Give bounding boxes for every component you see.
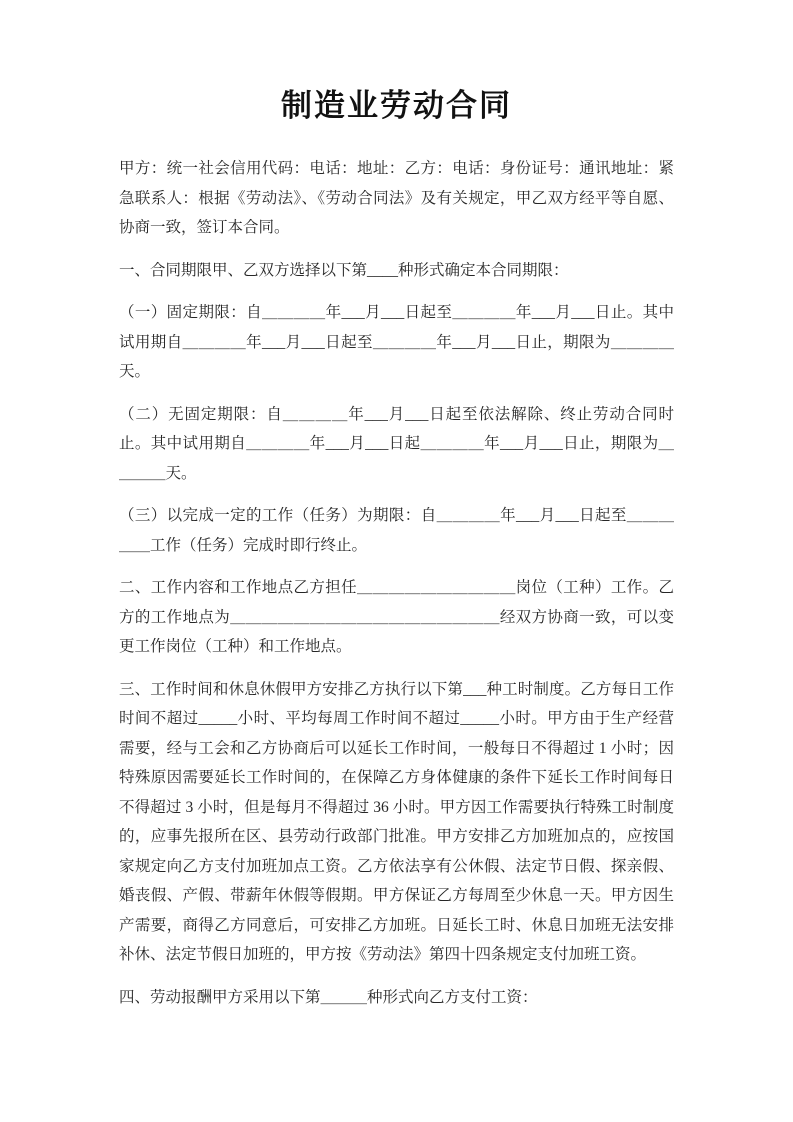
paragraph-section-2-job-content: 二、工作内容和工作地点乙方担任＿＿＿＿＿＿＿＿＿＿岗位（工种）工作。乙方的工作地… bbox=[119, 573, 674, 662]
paragraph-section-1-1-fixed-term: （一）固定期限：自＿＿＿＿年___月___日起至＿＿＿＿年___月___日止。其… bbox=[119, 298, 674, 387]
paragraph-section-1-term: 一、合同期限甲、乙双方选择以下第____种形式确定本合同期限： bbox=[119, 256, 674, 286]
paragraph-section-4-remuneration: 四、劳动报酬甲方采用以下第＿＿＿种形式向乙方支付工资： bbox=[119, 983, 674, 1013]
document-title: 制造业劳动合同 bbox=[119, 84, 674, 128]
paragraph-section-1-2-open-term: （二）无固定期限：自＿＿＿＿年___月___日起至依法解除、终止劳动合同时止。其… bbox=[119, 400, 674, 489]
contract-document-page: 制造业劳动合同 甲方：统一社会信用代码：电话：地址：乙方：电话：身份证号：通讯地… bbox=[0, 0, 793, 1122]
paragraph-parties-intro: 甲方：统一社会信用代码：电话：地址：乙方：电话：身份证号：通讯地址：紧急联系人：… bbox=[119, 154, 674, 243]
paragraph-section-1-3-task-term: （三）以完成一定的工作（任务）为期限：自＿＿＿＿年___月___日起至＿＿＿＿＿… bbox=[119, 501, 674, 560]
paragraph-section-3-working-hours: 三、工作时间和休息休假甲方安排乙方执行以下第___种工时制度。乙方每日工作时间不… bbox=[119, 675, 674, 970]
